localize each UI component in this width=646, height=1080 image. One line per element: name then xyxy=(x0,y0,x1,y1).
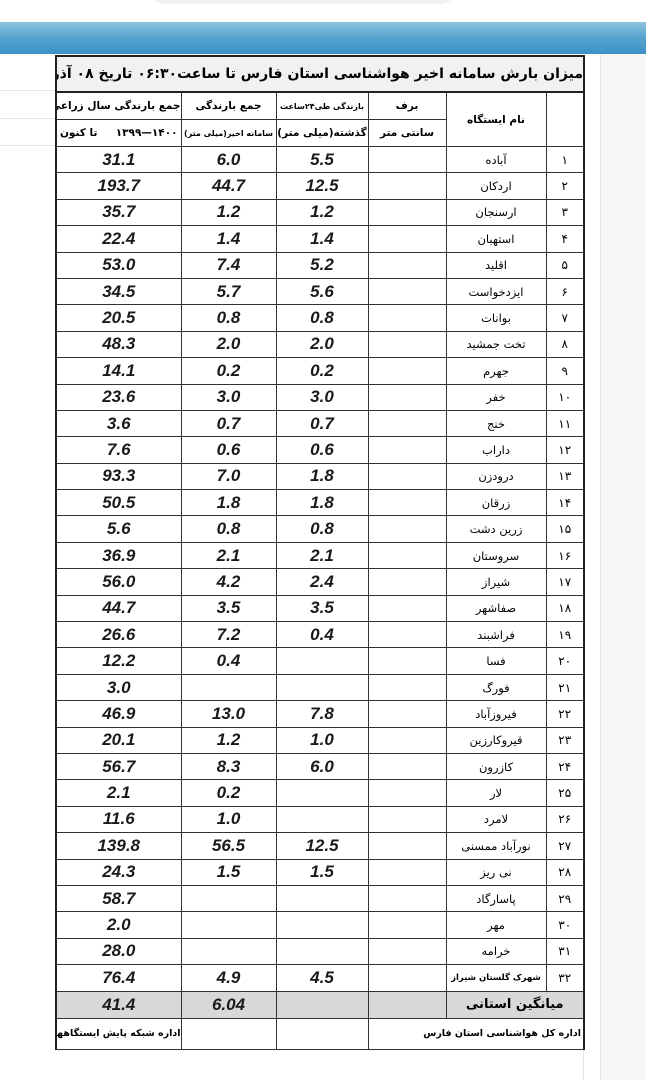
table-row: 26.67.20.4فراشبند۱۹ xyxy=(56,622,584,648)
snow-cell xyxy=(368,490,446,516)
last24-cell xyxy=(276,674,368,700)
row-index-cell: ۵ xyxy=(546,252,584,278)
table-row: 23.63.03.0خفر۱۰ xyxy=(56,384,584,410)
table-row: 11.61.0لامرد۲۶ xyxy=(56,806,584,832)
table-row: 50.51.81.8زرقان۱۴ xyxy=(56,490,584,516)
header-snow-sub: سانتی متر xyxy=(368,120,446,147)
average-season-total: 41.4 xyxy=(56,991,181,1018)
season-total-cell: 11.6 xyxy=(56,806,181,832)
row-index-cell: ۹ xyxy=(546,358,584,384)
header-system-total: جمع بارندگی xyxy=(181,92,276,120)
season-total-cell: 53.0 xyxy=(56,252,181,278)
station-name-cell: فراشبند xyxy=(446,622,546,648)
season-total-cell: 14.1 xyxy=(56,358,181,384)
snow-cell xyxy=(368,674,446,700)
snow-cell xyxy=(368,358,446,384)
system-total-cell: 0.2 xyxy=(181,780,276,806)
table-row: 35.71.21.2ارسنجان۳ xyxy=(56,199,584,225)
station-name-cell: خنج xyxy=(446,410,546,436)
table-row: 28.0خرامه۳۱ xyxy=(56,938,584,964)
season-total-cell: 58.7 xyxy=(56,885,181,911)
station-name-cell: نی ریز xyxy=(446,859,546,885)
snow-cell xyxy=(368,780,446,806)
row-index-cell: ۳۱ xyxy=(546,938,584,964)
row-index-cell: ۲۶ xyxy=(546,806,584,832)
station-name-cell: لار xyxy=(446,780,546,806)
last24-cell: 12.5 xyxy=(276,173,368,199)
table-row: 46.913.07.8فیروزآباد۲۲ xyxy=(56,701,584,727)
season-total-cell: 7.6 xyxy=(56,437,181,463)
season-total-cell: 44.7 xyxy=(56,595,181,621)
station-name-cell: زرقان xyxy=(446,490,546,516)
table-row: 22.41.41.4استهبان۴ xyxy=(56,226,584,252)
table-row: 3.0فورگ۲۱ xyxy=(56,674,584,700)
rainfall-table: میزان بارش سامانه اخیر هواشناسی استان فا… xyxy=(55,55,585,1050)
station-name-cell: فیروزآباد xyxy=(446,701,546,727)
system-total-cell: 7.4 xyxy=(181,252,276,278)
season-total-cell: 12.2 xyxy=(56,648,181,674)
snow-cell xyxy=(368,437,446,463)
header-station-name: نام ایستگاه xyxy=(446,92,546,147)
snow-cell xyxy=(368,542,446,568)
last24-cell: 4.5 xyxy=(276,965,368,991)
system-total-cell: 5.7 xyxy=(181,278,276,304)
system-total-cell: 56.5 xyxy=(181,833,276,859)
top-pill xyxy=(150,0,455,4)
last24-cell xyxy=(276,648,368,674)
table-row: 2.10.2لار۲۵ xyxy=(56,780,584,806)
station-name-cell: اردکان xyxy=(446,173,546,199)
season-total-cell: 93.3 xyxy=(56,463,181,489)
station-name-cell: ارسنجان xyxy=(446,199,546,225)
average-label: میانگین استانی xyxy=(446,991,584,1018)
system-total-cell: 0.4 xyxy=(181,648,276,674)
snow-cell xyxy=(368,885,446,911)
last24-cell: 0.8 xyxy=(276,305,368,331)
station-name-cell: زرین دشت xyxy=(446,516,546,542)
table-row: 48.32.02.0تخت جمشید۸ xyxy=(56,331,584,357)
table-row: 3.60.70.7خنج۱۱ xyxy=(56,410,584,436)
last24-cell: 2.1 xyxy=(276,542,368,568)
average-system-total: 6.04 xyxy=(181,991,276,1018)
last24-cell: 3.0 xyxy=(276,384,368,410)
station-name-cell: صفاشهر xyxy=(446,595,546,621)
season-total-cell: 5.6 xyxy=(56,516,181,542)
average-snow xyxy=(368,991,446,1018)
season-total-cell: 23.6 xyxy=(56,384,181,410)
snow-cell xyxy=(368,384,446,410)
snow-cell xyxy=(368,305,446,331)
station-name-cell: جهرم xyxy=(446,358,546,384)
row-index-cell: ۲ xyxy=(546,173,584,199)
season-total-cell: 46.9 xyxy=(56,701,181,727)
season-total-cell: 139.8 xyxy=(56,833,181,859)
station-name-cell: فسا xyxy=(446,648,546,674)
station-name-cell: آباده xyxy=(446,147,546,173)
station-name-cell: مهر xyxy=(446,912,546,938)
station-name-cell: تخت جمشید xyxy=(446,331,546,357)
last24-cell: 12.5 xyxy=(276,833,368,859)
row-index-cell: ۲۸ xyxy=(546,859,584,885)
snow-cell xyxy=(368,463,446,489)
snow-cell xyxy=(368,516,446,542)
row-index-cell: ۱۲ xyxy=(546,437,584,463)
header-season-total-sub: ۱۴۰۰—۱۳۹۹ تا کنون xyxy=(56,120,181,147)
snow-cell xyxy=(368,938,446,964)
season-total-cell: 3.0 xyxy=(56,674,181,700)
row-index-cell: ۴ xyxy=(546,226,584,252)
system-total-cell: 8.3 xyxy=(181,753,276,779)
snow-cell xyxy=(368,727,446,753)
header-snow: برف xyxy=(368,92,446,120)
sheet-gridline xyxy=(0,118,55,119)
table-row: 24.31.51.5نی ریز۲۸ xyxy=(56,859,584,885)
last24-cell: 1.4 xyxy=(276,226,368,252)
header-system-total-sub: سامانه اخیر(میلی متر) xyxy=(181,120,276,147)
row-index-cell: ۱۷ xyxy=(546,569,584,595)
system-total-cell: 1.4 xyxy=(181,226,276,252)
system-total-cell: 4.9 xyxy=(181,965,276,991)
system-total-cell: 1.8 xyxy=(181,490,276,516)
last24-cell: 0.2 xyxy=(276,358,368,384)
table-row: 20.11.21.0قیروکارزین۲۳ xyxy=(56,727,584,753)
station-name-cell: پاسارگاد xyxy=(446,885,546,911)
system-total-cell: 13.0 xyxy=(181,701,276,727)
station-name-cell: استهبان xyxy=(446,226,546,252)
season-total-cell: 26.6 xyxy=(56,622,181,648)
station-name-cell: داراب xyxy=(446,437,546,463)
table-row: 12.20.4فسا۲۰ xyxy=(56,648,584,674)
season-total-cell: 56.0 xyxy=(56,569,181,595)
last24-cell: 5.5 xyxy=(276,147,368,173)
season-total-cell: 20.1 xyxy=(56,727,181,753)
row-index-cell: ۲۴ xyxy=(546,753,584,779)
system-total-cell: 0.8 xyxy=(181,516,276,542)
last24-cell xyxy=(276,806,368,832)
last24-cell: 0.4 xyxy=(276,622,368,648)
station-name-cell: درودزن xyxy=(446,463,546,489)
table-row: 34.55.75.6ایزدخواست۶ xyxy=(56,278,584,304)
table-row: 2.0مهر۳۰ xyxy=(56,912,584,938)
row-index-cell: ۱۵ xyxy=(546,516,584,542)
header-last24: بارندگی طی۲۴ساعت xyxy=(276,92,368,120)
season-total-cell: 56.7 xyxy=(56,753,181,779)
row-index-cell: ۱۶ xyxy=(546,542,584,568)
system-total-cell: 1.0 xyxy=(181,806,276,832)
snow-cell xyxy=(368,410,446,436)
system-total-cell: 0.7 xyxy=(181,410,276,436)
table-row: 36.92.12.1سروستان۱۶ xyxy=(56,542,584,568)
snow-cell xyxy=(368,753,446,779)
table-row: 76.44.94.5شهرک گلستان شیراز۳۲ xyxy=(56,965,584,991)
last24-cell: 0.8 xyxy=(276,516,368,542)
table-row: 7.60.60.6داراب۱۲ xyxy=(56,437,584,463)
last24-cell: 1.5 xyxy=(276,859,368,885)
row-index-cell: ۱۳ xyxy=(546,463,584,489)
sheet-gridline xyxy=(0,90,55,91)
snow-cell xyxy=(368,912,446,938)
season-total-cell: 35.7 xyxy=(56,199,181,225)
table-row: 53.07.45.2اقلید۵ xyxy=(56,252,584,278)
right-margin-pane xyxy=(600,54,646,1080)
table-row: 5.60.80.8زرین دشت۱۵ xyxy=(56,516,584,542)
season-total-cell: 28.0 xyxy=(56,938,181,964)
row-index-cell: ۱۱ xyxy=(546,410,584,436)
row-index-cell: ۲۷ xyxy=(546,833,584,859)
row-index-cell: ۳۰ xyxy=(546,912,584,938)
snow-cell xyxy=(368,147,446,173)
snow-cell xyxy=(368,331,446,357)
snow-cell xyxy=(368,648,446,674)
average-last24 xyxy=(276,991,368,1018)
station-name-cell: شیراز xyxy=(446,569,546,595)
last24-cell xyxy=(276,885,368,911)
station-name-cell: قیروکارزین xyxy=(446,727,546,753)
station-name-cell: خرامه xyxy=(446,938,546,964)
row-index-cell: ۷ xyxy=(546,305,584,331)
system-total-cell: 1.2 xyxy=(181,727,276,753)
season-total-cell: 48.3 xyxy=(56,331,181,357)
station-name-cell: بوانات xyxy=(446,305,546,331)
row-index-cell: ۲۵ xyxy=(546,780,584,806)
system-total-cell: 1.5 xyxy=(181,859,276,885)
last24-cell: 1.8 xyxy=(276,490,368,516)
table-row: 193.744.712.5اردکان۲ xyxy=(56,173,584,199)
row-index-cell: ۳۲ xyxy=(546,965,584,991)
snow-cell xyxy=(368,595,446,621)
system-total-cell xyxy=(181,674,276,700)
system-total-cell: 3.5 xyxy=(181,595,276,621)
system-total-cell: 7.0 xyxy=(181,463,276,489)
system-total-cell: 1.2 xyxy=(181,199,276,225)
system-total-cell xyxy=(181,938,276,964)
system-total-cell xyxy=(181,885,276,911)
table-row: 31.16.05.5آباده۱ xyxy=(56,147,584,173)
table-row: 93.37.01.8درودزن۱۳ xyxy=(56,463,584,489)
table-row: 44.73.53.5صفاشهر۱۸ xyxy=(56,595,584,621)
system-total-cell: 0.8 xyxy=(181,305,276,331)
station-name-cell: سروستان xyxy=(446,542,546,568)
row-index-cell: ۸ xyxy=(546,331,584,357)
season-total-cell: 20.5 xyxy=(56,305,181,331)
last24-cell: 1.8 xyxy=(276,463,368,489)
system-total-cell: 7.2 xyxy=(181,622,276,648)
row-index-cell: ۱۹ xyxy=(546,622,584,648)
station-name-cell: خفر xyxy=(446,384,546,410)
row-index-cell: ۱۰ xyxy=(546,384,584,410)
table-row: 56.78.36.0کازرون۲۴ xyxy=(56,753,584,779)
last24-cell xyxy=(276,912,368,938)
snow-cell xyxy=(368,965,446,991)
system-total-cell xyxy=(181,912,276,938)
snow-cell xyxy=(368,226,446,252)
snow-cell xyxy=(368,278,446,304)
season-total-cell: 3.6 xyxy=(56,410,181,436)
top-bar xyxy=(0,0,646,20)
last24-cell: 1.0 xyxy=(276,727,368,753)
season-total-cell: 31.1 xyxy=(56,147,181,173)
last24-cell xyxy=(276,780,368,806)
season-total-cell: 2.1 xyxy=(56,780,181,806)
last24-cell: 3.5 xyxy=(276,595,368,621)
season-total-cell: 50.5 xyxy=(56,490,181,516)
last24-cell: 2.4 xyxy=(276,569,368,595)
season-total-cell: 34.5 xyxy=(56,278,181,304)
ribbon-banner xyxy=(0,22,646,54)
header-season-total: جمع بارندگی سال زراعی xyxy=(56,92,181,120)
table-row: 139.856.512.5نورآباد ممسنی۲۷ xyxy=(56,833,584,859)
station-name-cell: نورآباد ممسنی xyxy=(446,833,546,859)
station-name-cell: لامرد xyxy=(446,806,546,832)
footer-empty xyxy=(276,1018,368,1049)
season-total-cell: 193.7 xyxy=(56,173,181,199)
row-index-cell: ۲۱ xyxy=(546,674,584,700)
snow-cell xyxy=(368,833,446,859)
row-index-cell: ۳ xyxy=(546,199,584,225)
snow-cell xyxy=(368,806,446,832)
last24-cell: 0.6 xyxy=(276,437,368,463)
system-total-cell: 3.0 xyxy=(181,384,276,410)
row-index-cell: ۲۰ xyxy=(546,648,584,674)
station-name-cell: اقلید xyxy=(446,252,546,278)
header-index xyxy=(546,92,584,147)
season-total-cell: 2.0 xyxy=(56,912,181,938)
snow-cell xyxy=(368,701,446,727)
system-total-cell: 4.2 xyxy=(181,569,276,595)
row-index-cell: ۲۳ xyxy=(546,727,584,753)
snow-cell xyxy=(368,859,446,885)
table-row: 56.04.22.4شیراز۱۷ xyxy=(56,569,584,595)
row-index-cell: ۲۹ xyxy=(546,885,584,911)
station-name-cell: شهرک گلستان شیراز xyxy=(446,965,546,991)
season-total-cell: 22.4 xyxy=(56,226,181,252)
row-index-cell: ۱ xyxy=(546,147,584,173)
row-index-cell: ۲۲ xyxy=(546,701,584,727)
system-total-cell: 2.1 xyxy=(181,542,276,568)
system-total-cell: 6.0 xyxy=(181,147,276,173)
system-total-cell: 44.7 xyxy=(181,173,276,199)
system-total-cell: 0.2 xyxy=(181,358,276,384)
snow-cell xyxy=(368,199,446,225)
header-season-sofar: تا کنون xyxy=(60,127,97,139)
header-last24-sub: گذشته(میلی متر) xyxy=(276,120,368,147)
station-name-cell: کازرون xyxy=(446,753,546,779)
footer-left-office: اداره شبکه پایش ایستگاهها xyxy=(56,1018,181,1049)
last24-cell: 1.2 xyxy=(276,199,368,225)
station-name-cell: فورگ xyxy=(446,674,546,700)
station-name-cell: ایزدخواست xyxy=(446,278,546,304)
last24-cell xyxy=(276,938,368,964)
table-row: 14.10.20.2جهرم۹ xyxy=(56,358,584,384)
snow-cell xyxy=(368,173,446,199)
footer-right-office: اداره کل هواشناسی استان فارس xyxy=(368,1018,584,1049)
last24-cell: 0.7 xyxy=(276,410,368,436)
snow-cell xyxy=(368,622,446,648)
table-title: میزان بارش سامانه اخیر هواشناسی استان فا… xyxy=(56,56,584,92)
row-index-cell: ۶ xyxy=(546,278,584,304)
row-index-cell: ۱۴ xyxy=(546,490,584,516)
row-index-cell: ۱۸ xyxy=(546,595,584,621)
system-total-cell: 2.0 xyxy=(181,331,276,357)
sheet-gridline xyxy=(0,145,55,146)
last24-cell: 2.0 xyxy=(276,331,368,357)
table-row: 58.7پاسارگاد۲۹ xyxy=(56,885,584,911)
snow-cell xyxy=(368,252,446,278)
last24-cell: 5.6 xyxy=(276,278,368,304)
table-row: 20.50.80.8بوانات۷ xyxy=(56,305,584,331)
season-total-cell: 76.4 xyxy=(56,965,181,991)
snow-cell xyxy=(368,569,446,595)
header-season-years: ۱۴۰۰—۱۳۹۹ xyxy=(116,127,178,139)
last24-cell: 5.2 xyxy=(276,252,368,278)
season-total-cell: 36.9 xyxy=(56,542,181,568)
last24-cell: 6.0 xyxy=(276,753,368,779)
season-total-cell: 24.3 xyxy=(56,859,181,885)
last24-cell: 7.8 xyxy=(276,701,368,727)
system-total-cell: 0.6 xyxy=(181,437,276,463)
footer-empty xyxy=(181,1018,276,1049)
